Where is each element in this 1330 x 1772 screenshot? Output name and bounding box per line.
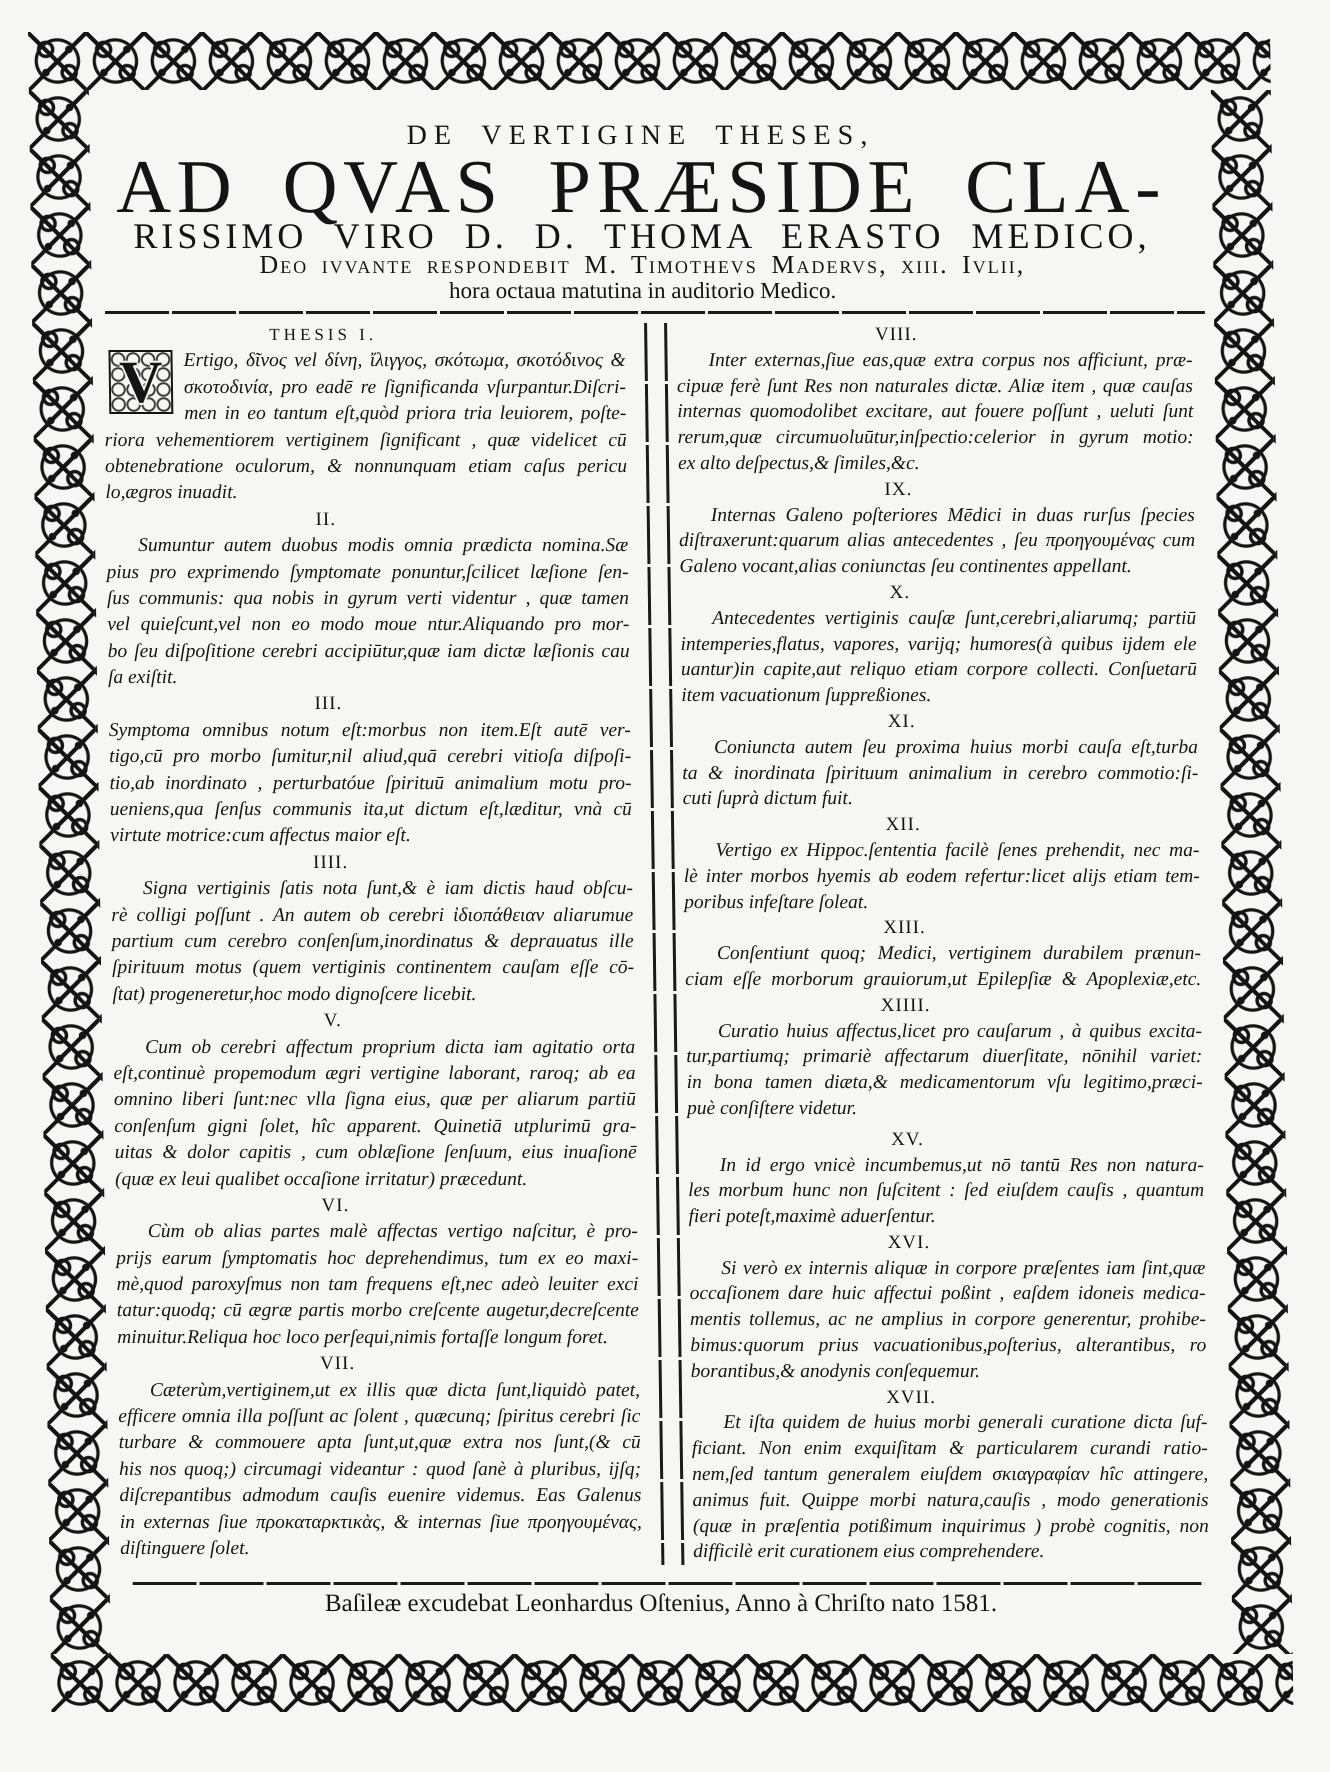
text-line: Galeno vocant,alias coniunctas ſeu conti… — [679, 554, 1195, 580]
text-line: riora vehementiorem vertiginem ſignifica… — [105, 428, 627, 454]
text-line: diſtraxerunt:quarum alias antecedentes ,… — [679, 528, 1195, 554]
text-line: bimus:quorum prius vacuationibus,poſteri… — [690, 1333, 1206, 1359]
text-line: puè conſiſtere videtur. — [687, 1096, 1203, 1122]
text-line: bo ſeu diſpoſitione cerebri accipiūtur,q… — [107, 639, 629, 665]
thesis-heading: VII. — [117, 1351, 557, 1377]
text-line: conſenſum gigni ſolet, hîc apparent. Qui… — [114, 1114, 636, 1140]
thesis-heading: IIII. — [110, 850, 550, 876]
drop-cap-letter: V — [119, 352, 163, 412]
left-column: V THESIS I. Ertigo, δῖνος vel δίνη, ἴλιγ… — [103, 322, 642, 1562]
ornamental-border-right-icon — [1211, 90, 1293, 1654]
ornamental-border-top-icon — [28, 32, 1271, 90]
text-line: Si verò ex internis aliquæ in corpore pr… — [689, 1256, 1205, 1282]
thesis-heading: VIII. — [676, 322, 1116, 348]
text-line: rerum,quæ circumuoluūtur,inſpectio:celer… — [677, 425, 1193, 451]
text-line: mentis tollemus, ac ne amplius in corpor… — [690, 1307, 1206, 1333]
text-line: ſtat) progeneretur,hoc modo dignoſcere l… — [112, 982, 634, 1008]
text-line: ſpirituum motus (quem vertiginis contine… — [112, 955, 634, 981]
text-line: Conſentiunt quoq; Medici, vertiginem dur… — [685, 941, 1201, 967]
ornamental-border-bottom-icon — [51, 1654, 1294, 1712]
text-line: Signa vertiginis ſatis nota ſunt,& è iam… — [111, 876, 633, 902]
thesis-heading: VI. — [115, 1193, 555, 1219]
text-line: cuti ſuprà dictum fuit. — [683, 786, 1199, 812]
text-line: tatur:quodq; cū ægræ partis morbo creſce… — [117, 1298, 639, 1324]
column-divider-left-rule — [644, 323, 664, 1565]
text-line: turbare & commouere apta ſunt,ut,quæ ext… — [119, 1430, 641, 1456]
text-line: his nos quoq;) circumagi videantur : quo… — [119, 1457, 641, 1483]
drop-cap-ornament-icon: V — [108, 350, 173, 414]
text-line: nem,ſed tantum generalem eiuſdem σκιαγρα… — [692, 1462, 1208, 1488]
text-line: lè inter morbos hyemis ab eodem refertur… — [684, 864, 1200, 890]
thesis-heading: II. — [106, 507, 546, 533]
text-line: Curatio huius affectus,licet pro cauſaru… — [686, 1019, 1202, 1045]
text-line: Et iſta quidem de huius morbi generali c… — [691, 1410, 1207, 1436]
ornamental-border-left-icon — [29, 90, 111, 1654]
text-line: Cum ob cerebri affectum proprium dicta i… — [113, 1035, 635, 1061]
text-line: ficiant. Non enim exquiſitam & particula… — [692, 1436, 1208, 1462]
page-title: AD QVAS PRÆSIDE CLA- — [80, 154, 1203, 220]
text-line: occaſionem dare huic affectui poßint , e… — [689, 1281, 1205, 1307]
text-line: ta & inordinata ſpirituum animalium in c… — [682, 761, 1198, 787]
thesis-heading: III. — [108, 691, 548, 717]
text-line: borantibus,& anodynis conſequemur. — [691, 1359, 1207, 1385]
text-line: vel quieſcunt,vel non eo modo moue ntur.… — [107, 612, 629, 638]
text-line: tigo,cū pro morbo ſumitur,nil aliud,quā … — [109, 744, 631, 770]
text-line: Coniuncta autem ſeu proxima huius morbi … — [682, 735, 1198, 761]
text-line: difficilè erit curationem eius comprehen… — [693, 1539, 1209, 1565]
text-line: ciam eſſe morborum grauiorum,ut Epilepſi… — [685, 967, 1201, 993]
text-line: men in eo tantum eſt,quòd priora tria le… — [104, 401, 626, 427]
text-line: (quæ ex leui qualibet occaſione irritatu… — [115, 1167, 637, 1193]
text-line: In id ergo vnicè incumbemus,ut nō tantū … — [688, 1153, 1204, 1179]
text-line: minuitur.Reliqua hoc loco perſequi,nimis… — [117, 1325, 639, 1351]
text-line: Cæterùm,vertiginem,ut ex illis quæ dicta… — [118, 1378, 640, 1404]
text-line: animus fuit. Quippe morbi natura,cauſis … — [692, 1488, 1208, 1514]
text-line: Inter externas,ſiue eas,quæ extra corpus… — [676, 348, 1192, 374]
text-line: Internas Galeno poſteriores Mēdici in du… — [679, 503, 1195, 529]
footer-divider — [133, 1582, 1205, 1585]
text-line: virtute motrice:cum affectus maior eſt. — [110, 823, 632, 849]
thesis-heading: XII. — [683, 812, 1123, 838]
thesis-heading: IX. — [678, 477, 1118, 503]
text-line: omnino liberi ſunt:nec vlla ſigna eius, … — [114, 1087, 636, 1113]
document-page: DE VERTIGINE THESES, AD QVAS PRÆSIDE CLA… — [0, 0, 1330, 1772]
ornamental-frame: DE VERTIGINE THESES, AD QVAS PRÆSIDE CLA… — [28, 32, 1293, 1712]
header-divider — [105, 311, 1205, 314]
text-line: diſtinguere ſolet. — [120, 1536, 642, 1562]
thesis-heading: V. — [113, 1008, 553, 1034]
text-line: uitas & dolor capitis , cum oblæſione ſe… — [114, 1140, 636, 1166]
text-line: Cùm ob alias partes malè affectas vertig… — [116, 1219, 638, 1245]
time-place-line: hora octaua matutina in auditorio Medico… — [81, 278, 1203, 304]
right-column: VIII. Inter externas,ſiue eas,quæ extra … — [676, 322, 1209, 1565]
thesis-heading: XIII. — [684, 915, 1124, 941]
text-line: in bona tamen diæta,& medicamentorum vſu… — [686, 1070, 1202, 1096]
text-line: ſus communis: qua nobis in gyrum verti v… — [107, 586, 629, 612]
thesis-heading: XV. — [687, 1127, 1127, 1153]
thesis-heading: X. — [680, 580, 1120, 606]
text-line: ex alto deſpectus,& ſimiles,&c. — [678, 451, 1194, 477]
text-line: ſa exiſtit. — [108, 665, 630, 691]
page-title-continued: RISSIMO VIRO D. D. THOMA ERASTO MEDICO, — [81, 220, 1203, 252]
text-line: internas quomodolibet excitare, aut foue… — [677, 399, 1193, 425]
text-line: diſcrepantibus admodum cauſis euenire vi… — [119, 1483, 641, 1509]
text-line: intemperies,flatus, vapores, varijq; hum… — [680, 632, 1196, 658]
thesis-heading: XVII. — [691, 1385, 1131, 1411]
text-line: poribus infeſtare ſoleat. — [684, 890, 1200, 916]
text-line: prijs earum ſymptomatis hoc deprehendimu… — [116, 1246, 638, 1272]
text-line: σκοτοδινία, pro eadē re ſignificanda vſu… — [104, 375, 626, 401]
text-line: Ertigo, δῖνος vel δίνη, ἴλιγγος, σκότωμα… — [103, 348, 625, 374]
text-line: efficere omnia illa poſſunt ac ſolent , … — [118, 1404, 640, 1430]
thesis-heading: THESIS I. — [103, 322, 543, 348]
text-line: in externas ſiue προκαταρκτικὰς, & inter… — [120, 1510, 642, 1536]
text-line: les morbum hunc non ſuſcitent : ſed eiuſ… — [688, 1178, 1204, 1204]
thesis-heading: XI. — [681, 709, 1121, 735]
text-line: pius pro exprimendo ſymptomate ponuntur,… — [106, 560, 628, 586]
text-line: uantur)in capite,aut reliquo etiam corpo… — [681, 657, 1197, 683]
printer-imprint: Baſileæ excudebat Leonhardus Oſtenius, A… — [100, 1590, 1222, 1618]
title-block: DE VERTIGINE THESES, AD QVAS PRÆSIDE CLA… — [79, 118, 1204, 304]
text-line: tur,partiumq; primariè affectarum diuerſ… — [686, 1044, 1202, 1070]
thesis-heading: XVI. — [689, 1230, 1129, 1256]
text-line: rè colligi poſſunt . An autem ob cerebri… — [111, 903, 633, 929]
text-line: Sumuntur autem duobus modis omnia prædic… — [106, 533, 628, 559]
thesis-heading: XIIII. — [685, 993, 1125, 1019]
text-line: partium cum cerebro conſenſum,inordinatu… — [112, 929, 634, 955]
text-line: lo,ægros inuadit. — [105, 480, 627, 506]
text-line: item vacuationum ſuppreßiones. — [681, 683, 1197, 709]
text-line: (quæ in præſentia potißimum inquirimus )… — [693, 1514, 1209, 1540]
text-line: fieri poteſt,maximè aduerſentur. — [688, 1204, 1204, 1230]
text-line: mè,quod paroxyſmus non tam frequens eſt,… — [116, 1272, 638, 1298]
text-line: obtenebratione oculorum, & nonnunquam et… — [105, 454, 627, 480]
text-line: Antecedentes vertiginis cauſæ ſunt,cereb… — [680, 606, 1196, 632]
text-line: ueniens,qua ſenſus communis ita,ut dictu… — [110, 797, 632, 823]
text-line: tio,ab inordinato , perturbatóue ſpiritu… — [109, 771, 631, 797]
text-line: Symptoma omnibus notum eſt:morbus non it… — [109, 718, 631, 744]
text-line: cipuæ ferè ſunt Res non naturales dictæ.… — [677, 374, 1193, 400]
text-line: Vertigo ex Hippoc.ſententia facilè ſenes… — [683, 838, 1199, 864]
text-line: eſt,continuè propemodum ægri vertigine l… — [113, 1061, 635, 1087]
